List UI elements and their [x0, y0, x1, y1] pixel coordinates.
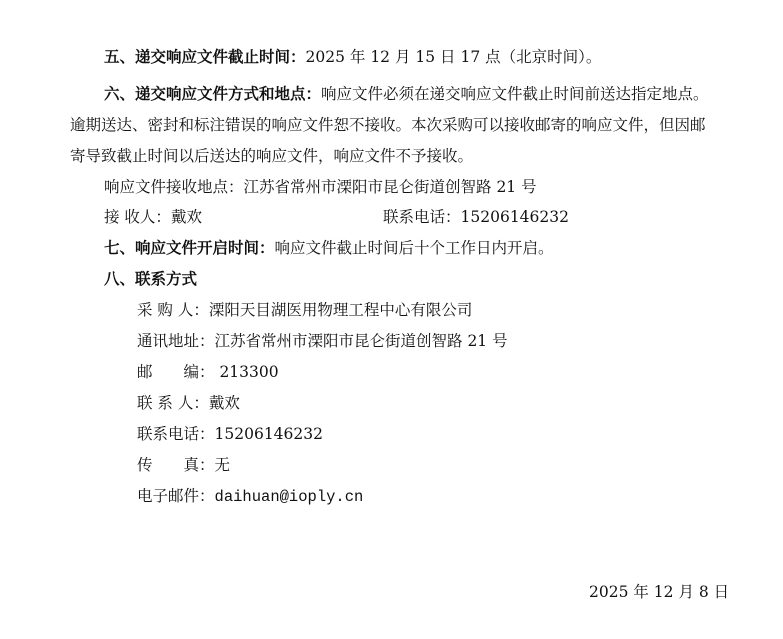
contact-label: 通讯地址：: [137, 332, 215, 350]
section-7-text: 响应文件截止时间后十个工作日内开启。: [275, 239, 554, 257]
section-6-heading: 六、递交响应文件方式和地点：: [104, 84, 321, 103]
section-8-heading: 八、联系方式: [104, 269, 197, 289]
contact-value: 无: [215, 456, 231, 474]
contact-label: 联系电话：: [137, 425, 215, 443]
contact-address: 通讯地址：江苏省常州市溧阳市昆仑街道创智路 21 号: [137, 331, 508, 351]
contact-phone: 联系电话：15206146232: [137, 424, 323, 444]
receiver-value: 戴欢: [171, 208, 202, 226]
contact-fax: 传 真：无: [137, 455, 230, 475]
contact-value: 江苏省常州市溧阳市昆仑街道创智路 21 号: [215, 332, 508, 350]
receiver-phone-label: 联系电话：: [383, 208, 461, 226]
section-5-text: 2025 年 12 月 15 日 17 点（北京时间）。: [306, 48, 602, 66]
email-link[interactable]: daihuan@ioply.cn: [215, 488, 364, 506]
receiver-label: 接 收人：: [104, 208, 171, 226]
contact-label: 采 购 人：: [137, 301, 209, 319]
contact-value: 213300: [215, 363, 279, 381]
section-6: 六、递交响应文件方式和地点：响应文件必须在递交响应文件截止时间前送达指定地点。: [104, 84, 709, 104]
receipt-address: 响应文件接收地点：江苏省常州市溧阳市昆仑街道创智路 21 号: [104, 177, 537, 197]
contact-value: 15206146232: [215, 425, 323, 443]
contact-value: 溧阳天目湖医用物理工程中心有限公司: [209, 301, 473, 319]
section-5-heading: 五、递交响应文件截止时间：: [104, 47, 306, 66]
contact-purchaser: 采 购 人：溧阳天目湖医用物理工程中心有限公司: [137, 300, 472, 320]
receipt-address-value: 江苏省常州市溧阳市昆仑街道创智路 21 号: [244, 178, 537, 196]
section-7: 七、响应文件开启时间：响应文件截止时间后十个工作日内开启。: [104, 238, 554, 258]
section-6-line2: 逾期送达、密封和标注错误的响应文件恕不接收。本次采购可以接收邮寄的响应文件，但因…: [70, 115, 706, 135]
contact-label: 邮 编：: [137, 363, 215, 381]
document-date: 2025 年 12 月 8 日: [589, 582, 729, 602]
contact-value: 戴欢: [209, 394, 240, 412]
receiver-phone-value: 15206146232: [461, 208, 569, 226]
receiver: 接 收人：戴欢: [104, 207, 202, 227]
contact-label: 电子邮件：: [137, 487, 215, 505]
contact-label: 传 真：: [137, 456, 215, 474]
contact-email: 电子邮件：daihuan@ioply.cn: [137, 486, 363, 507]
section-5: 五、递交响应文件截止时间：2025 年 12 月 15 日 17 点（北京时间）…: [104, 47, 601, 67]
section-7-heading: 七、响应文件开启时间：: [104, 238, 275, 257]
receiver-phone: 联系电话：15206146232: [383, 207, 569, 227]
contact-postcode: 邮 编： 213300: [137, 362, 279, 382]
section-6-line3: 寄导致截止时间以后送达的响应文件，响应文件不予接收。: [70, 146, 473, 166]
receipt-address-label: 响应文件接收地点：: [104, 178, 244, 196]
contact-label: 联 系 人：: [137, 394, 209, 412]
contact-person: 联 系 人：戴欢: [137, 393, 240, 413]
section-6-line1: 响应文件必须在递交响应文件截止时间前送达指定地点。: [321, 85, 709, 103]
